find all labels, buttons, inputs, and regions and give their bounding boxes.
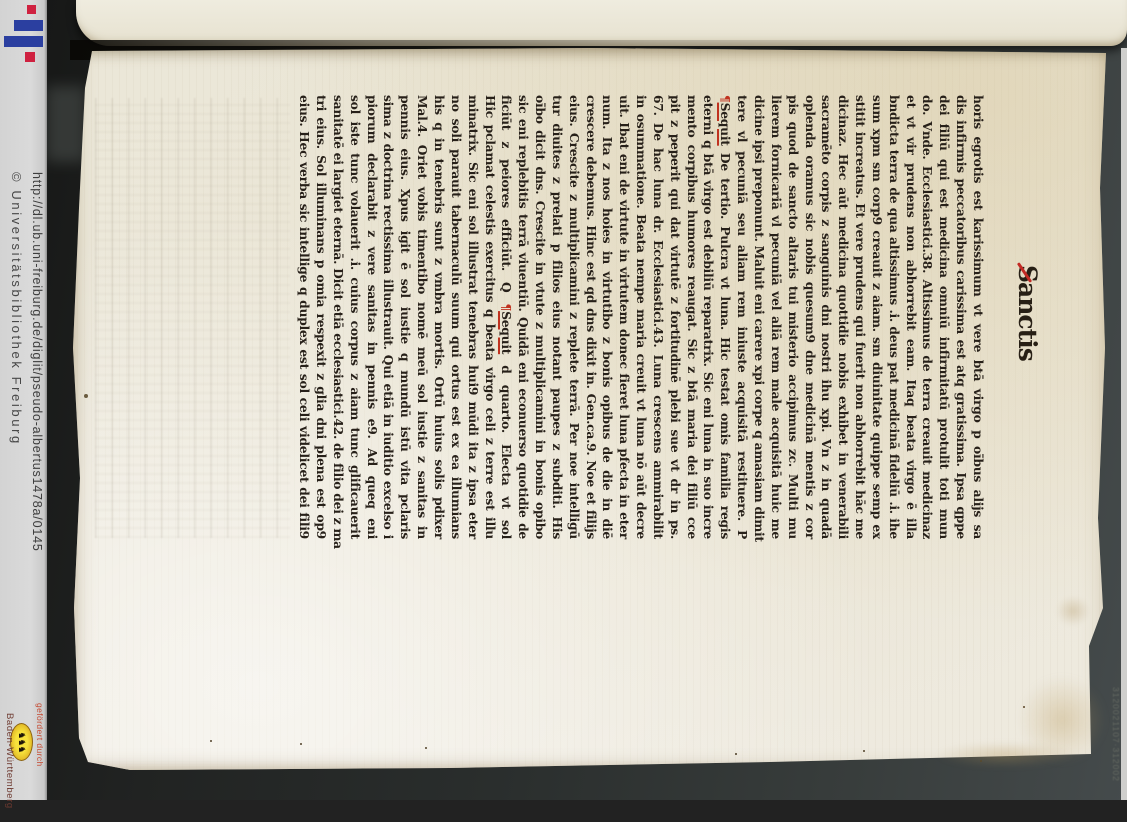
text-line: minatrix. Sic eni sol illustrat tenebras… (464, 95, 481, 539)
text-line: eius. Hec verba sic intellige q duplex e… (295, 95, 312, 539)
text-line: oplenda oramus sic nobis quesum9 dne med… (801, 95, 818, 539)
text-block: Sanctis horis egrotis est karissimum vt … (286, 95, 1048, 539)
text-line: sic eni replebitis terrā viuentiū. Quidā… (514, 95, 531, 539)
text-line: sol iste tunc volauerit .i. cuius corpus… (346, 95, 363, 539)
text-line: dicinaz. Hec aūt medicina quottidie nobi… (834, 95, 851, 539)
rubric-mark: ¶ (718, 95, 733, 103)
ub-freiburg-logo-icon (27, 5, 36, 14)
text-line: sacramēto corpis z sanguinis dni nostri … (818, 95, 835, 539)
viewer-sidebar: http://dl.ub.uni-freiburg.de/diglit/pseu… (0, 0, 47, 800)
text-line: ¶Sequit De tertio. Pulcra vt luna. Hic t… (717, 95, 734, 539)
text-line: horis egrotis est karissimum vt vere btā… (969, 95, 986, 539)
ub-freiburg-logo-icon (14, 20, 43, 31)
text-line: pit z peperit qui dat virtutē z fortitud… (666, 95, 683, 539)
text-line: tri eius. Sol illuminans p omia respexit… (312, 95, 329, 539)
text-line: dis infirmis peccatoribus carissima est … (952, 95, 969, 539)
verso-text-showthrough (95, 98, 290, 538)
funding-stamp: gefördert durch ♞♞♞ Baden-Württemberg (2, 697, 46, 800)
ub-freiburg-logo-icon (25, 52, 35, 62)
text-line: mento corpibus humores reaugat. Sic z bt… (683, 95, 700, 539)
text-line: num. Ita z nos hoies in virtutibo z boni… (599, 95, 616, 539)
three-lions-icon: ♞♞♞ (17, 731, 26, 752)
text-line: eius. Crescite z multiplicamini z replet… (565, 95, 582, 539)
text-line: crescere debemus. Hinc est qd dns dixit … (582, 95, 599, 539)
text-line: ficiūt z peiores efficiūt. Q ¶Sequit d q… (498, 95, 515, 539)
text-line: bndicta terra de qua altissimus .i. deus… (885, 95, 902, 539)
text-line: eterni q btā virgo est debiliū reparatri… (700, 95, 717, 539)
text-line: stitit increatus. Et vere prudens qui fu… (851, 95, 868, 539)
body-text: horis egrotis est karissimum vt vere btā… (295, 95, 986, 539)
text-line: piorum declarabit z vere sanitas in penn… (363, 95, 380, 539)
rubricated-word: Sequit (718, 103, 733, 146)
text-line: oībo dicit dns. Crescite in vtute z mult… (531, 95, 548, 539)
text-line: do. Vnde. Ecclesiastici.38. Altissimus d… (919, 95, 936, 539)
text-line: no soli parauit tabernaculū suum qui ort… (447, 95, 464, 539)
ub-freiburg-logo-icon (4, 36, 43, 47)
text-line: pennis eius. Xpus igit ē sol iustie q mu… (396, 95, 413, 539)
text-line: sanitatē ei largiet eternā. Dicit etiā e… (329, 95, 346, 539)
text-line: dicine ipsi preponunt. Maluit eni carere… (750, 95, 767, 539)
text-line: et vt vir prudens non abhorrebit eam. It… (902, 95, 919, 539)
text-line: Hic pclamat celestis exercitus q beata v… (481, 95, 498, 539)
text-line: in osummatione. Beata nempe maria creuit… (632, 95, 649, 539)
background-light-patch (46, 86, 86, 162)
text-line: his q in tenebris sunt z vmbra mortis. O… (430, 95, 447, 539)
text-line: tur diuites z prelati p filios eius nota… (548, 95, 565, 539)
rubricated-word: Sequit (499, 311, 514, 354)
text-line: 67. De hac luna dr. Ecclesiastici.43. Lu… (649, 95, 666, 539)
text-line: pis quod de sancto altaris tui misterio … (784, 95, 801, 539)
text-line: lierem fornicariā vl pecuniā vel aliā re… (767, 95, 784, 539)
text-line: Mal.4. Oriet vobis timentibo nomē meū so… (413, 95, 430, 539)
text-line: dei filiū qui est medicina omniū infirmi… (935, 95, 952, 539)
shelf-label: 3120021107·312002 (1109, 687, 1121, 797)
funding-region-label: Baden-Württemberg (4, 713, 15, 800)
text-line: sima z doctrina rectissima illustrauit. … (380, 95, 397, 539)
funding-pretext: gefördert durch (35, 703, 45, 767)
text-line: tere vl pecuniā seu aliam rem iniuste ac… (733, 95, 750, 539)
right-edge-strip (1121, 48, 1127, 800)
scan-background: Sanctis horis egrotis est karissimum vt … (0, 0, 1127, 800)
rubric-mark: ¶ (499, 304, 514, 312)
text-line: sum xpm sm corp9 creauit z aiam. sm diui… (868, 95, 885, 539)
text-line: uit. Ibat eni de virtute in virtutem don… (615, 95, 632, 539)
running-title: Sanctis (998, 265, 1042, 361)
